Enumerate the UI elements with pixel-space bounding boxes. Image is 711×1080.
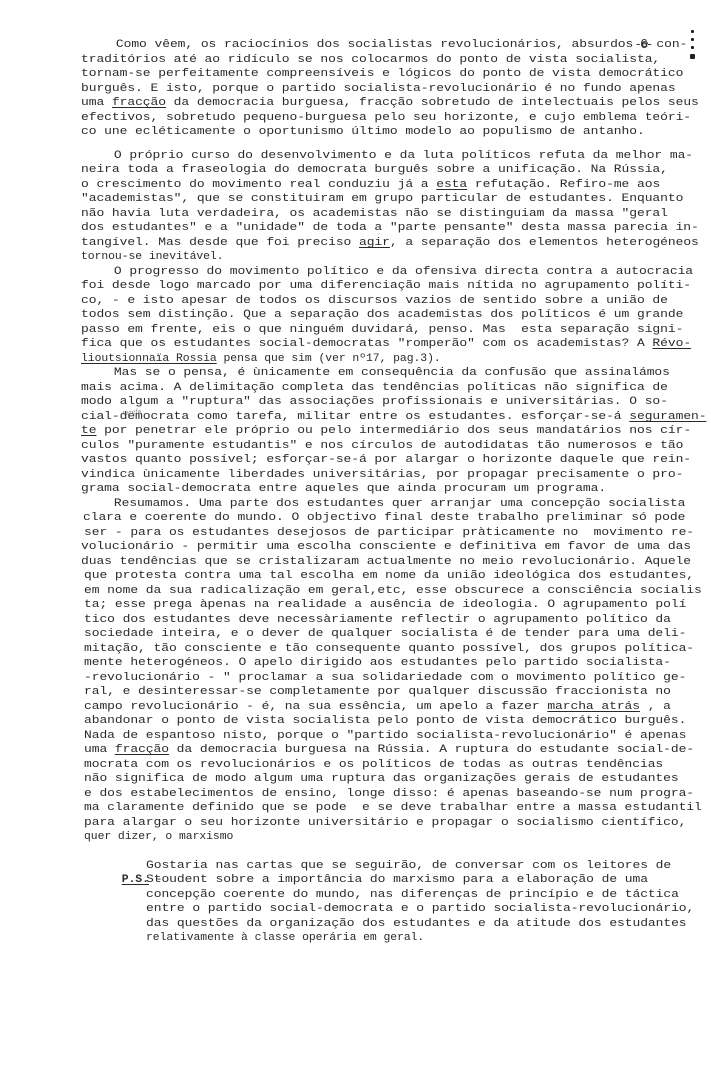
text-line: todos sem distinção. Que a separação dos…	[81, 308, 683, 322]
text-line: para alargar o seu horizonte universitár…	[84, 816, 686, 830]
text-line: co une ecléticamente o oportunismo últim…	[81, 125, 645, 139]
text-line: sociedade inteira, e o dever de qualquer…	[84, 627, 686, 641]
text-line: passo em frente, eis o que ninguém duvid…	[81, 323, 683, 337]
underlined-term: Révo-	[652, 338, 691, 350]
text-line: e dos estabelecimentos de ensino, longe …	[84, 787, 694, 801]
text-line: -revolucionário - " proclamar a sua soli…	[84, 671, 686, 685]
text-line: Mas se o pensa, é ùnicamente em consequê…	[83, 366, 670, 380]
text-line: fica que os estudantes social-democratas…	[81, 337, 691, 351]
text-line: efectivos, sobretudo pequeno-burguesa pe…	[81, 111, 691, 125]
text-line: vindica ùnicamente liberdades universitá…	[81, 468, 683, 482]
text-line: Nada de espantoso nisto, porque o "parti…	[84, 729, 686, 743]
text-line: uma fracção da democracia burguesa na Rú…	[84, 743, 694, 757]
text-line: concepção coerente do mundo, nas diferen…	[146, 888, 679, 902]
text-line: das questões da organização dos estudant…	[146, 917, 687, 931]
text-line: ral, e desinteressar-se completamente po…	[84, 685, 671, 699]
text-line: modo algum a "ruptura" das associações p…	[81, 395, 668, 409]
margin-dot	[691, 38, 694, 41]
text-line: duas tendências que se cristalizaram act…	[81, 555, 691, 569]
text-line: volucionário - permitir uma escolha cons…	[81, 540, 691, 554]
postscript-label: P.S.	[122, 874, 149, 886]
text-line: "academistas", que se constituiram em gr…	[81, 192, 683, 206]
text-line: tornam-se perfeitamente compreensíveis e…	[81, 67, 683, 81]
underlined-term: seguramen-	[629, 411, 706, 423]
underlined-term: fracção	[112, 97, 166, 109]
text-line: grama social-democrata entre aqueles que…	[81, 482, 606, 496]
text-line: mente heterogéneos. O apelo dirigido aos…	[84, 656, 671, 670]
text-line: culos "puramente estudantis" e nos círcu…	[81, 439, 683, 453]
margin-marks	[690, 30, 696, 64]
text-line: foi desde logo marcado por uma diferenci…	[81, 279, 691, 293]
text-line: ma claramente definido que se pode e se …	[84, 801, 702, 815]
text-line: Como vêem, os raciocínios dos socialista…	[85, 38, 687, 52]
text-line: Gostaria nas cartas que se seguirão, de …	[146, 859, 671, 873]
underlined-term: agir	[359, 237, 390, 249]
text-line: dos estudantes" e a "unidade" de toda a …	[81, 221, 699, 235]
text-line: mitação, tão consciente e tão consequent…	[84, 642, 694, 656]
text-line: ta; esse prega àpenas na realidade a aus…	[84, 598, 686, 612]
text-line: ser - para os estudantes desejosos de pa…	[84, 526, 694, 540]
text-line: Stoudent sobre a importância do marxismo…	[146, 873, 648, 887]
margin-dot	[690, 54, 695, 59]
text-line: entre o partido social-democrata e o par…	[146, 902, 694, 916]
text-line: co, - e isto apesar de todos os discurso…	[81, 294, 668, 308]
underlined-term: te	[81, 425, 96, 437]
text-line: não significa de modo algum uma ruptura …	[84, 772, 679, 786]
text-line: tangível. Mas desde que foi preciso agir…	[81, 236, 699, 250]
text-line: lioutsionnaïa Rossia pensa que sim (ver …	[81, 352, 441, 366]
text-line: traditórios até ao ridículo se nos coloc…	[81, 53, 660, 67]
text-line: o crescimento do movimento real conduziu…	[81, 178, 660, 192]
text-line: campo revolucionário - é, na sua essênci…	[84, 700, 671, 714]
text-line: O próprio curso do desenvolvimento e da …	[83, 149, 693, 163]
margin-dot	[691, 46, 694, 49]
text-line: tico dos estudantes deve necessàriamente…	[84, 613, 671, 627]
text-line: uma fracção da democracia burguesa, frac…	[81, 96, 699, 110]
text-line: mais acima. A delimitação completa das t…	[81, 381, 668, 395]
text-line: mocrata com os revolucionários e os polí…	[84, 758, 663, 772]
text-line: O progresso do movimento político e da o…	[83, 265, 693, 279]
text-line: não havia luta verdadeira, os academista…	[81, 207, 668, 221]
text-line: que protesta contra uma tal escolha em n…	[84, 569, 694, 583]
text-line: em nome da sua radicalização em geral,et…	[84, 584, 702, 598]
text-line: te por penetrar ele próprio ou pelo inte…	[81, 424, 691, 438]
text-line: abandonar o ponto de vista socialista pe…	[84, 714, 686, 728]
underlined-term: lioutsionnaïa Rossia	[81, 353, 217, 365]
underlined-term: esta	[436, 179, 467, 191]
text-line: neira toda a fraseologia do democrata bu…	[81, 163, 668, 177]
text-line: tornou-se inevitável.	[81, 250, 224, 264]
text-line: burguês. E isto, porque o partido social…	[81, 82, 676, 96]
margin-dot	[691, 30, 694, 33]
underlined-term: fracção	[115, 744, 169, 756]
document-page: -6- Como vêem, os raciocínios dos social…	[0, 0, 711, 1080]
text-line: vastos quanto possível; esforçar-se-á po…	[81, 453, 691, 467]
text-line: Resumamos. Uma parte dos estudantes quer…	[83, 497, 685, 511]
text-line: cial-democrata como tarefa, militar entr…	[81, 410, 706, 424]
underlined-term: marcha atrás	[547, 701, 640, 713]
text-line: clara e coerente do mundo. O objectivo f…	[83, 511, 685, 525]
text-line: quer dizer, o marxismo	[84, 830, 233, 844]
text-line: relativamente à classe operária em geral…	[146, 931, 424, 945]
